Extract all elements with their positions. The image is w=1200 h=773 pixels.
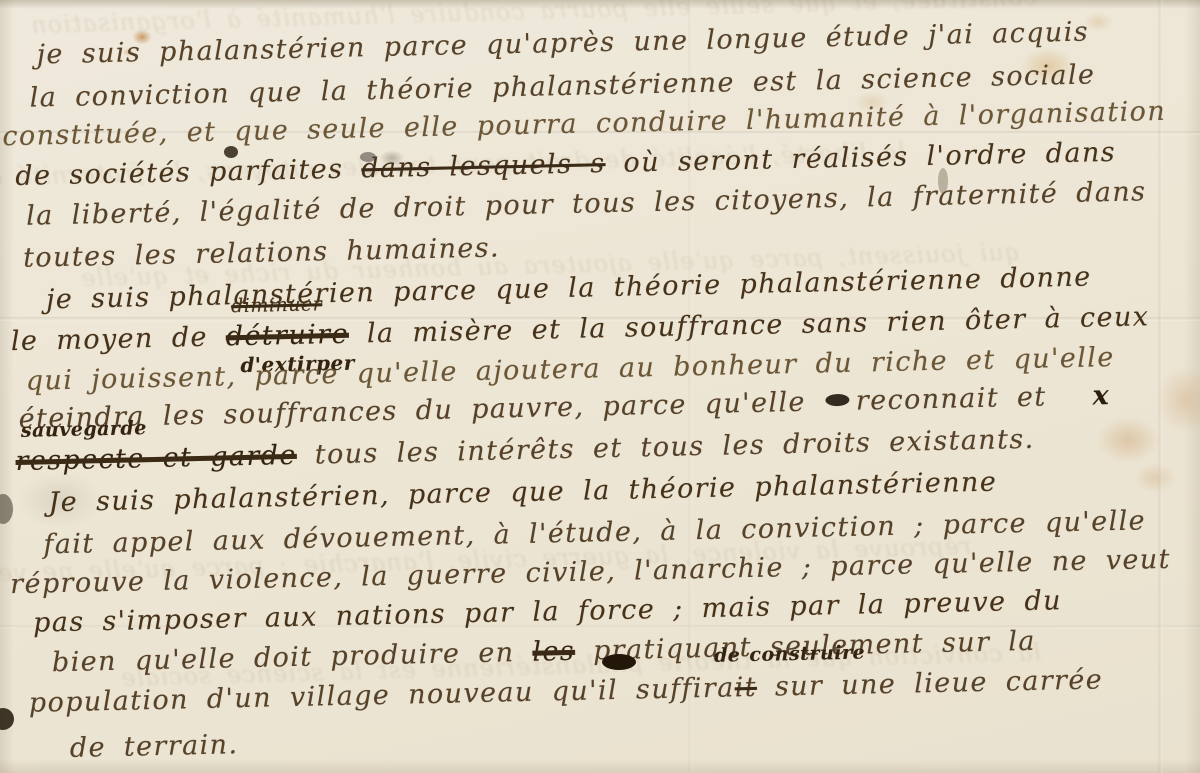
line-11-strikethrough: respecte et garde xyxy=(15,440,297,477)
line-8-strikethrough: détruire xyxy=(225,319,349,353)
line-17-text: population d'un village nouveau qu'il su… xyxy=(28,672,734,718)
line-10-text: reconnait et xyxy=(855,382,1046,417)
line-4-strikethrough: dans lesquels s xyxy=(361,148,606,184)
line-4-text: où seront réalisés l'ordre dans xyxy=(605,137,1116,179)
line-17-strikethrough: it xyxy=(734,672,757,703)
line-17-insertion-above: de construire xyxy=(714,643,866,666)
line-10-x-mark: x xyxy=(1092,380,1110,411)
ink-blot xyxy=(826,393,850,406)
line-8-text: le moyen de xyxy=(11,321,227,357)
line-11-text: tous les intérêts et tous les droits exi… xyxy=(296,424,1034,471)
line-11-insertion-above: sauvegarde xyxy=(21,418,147,441)
line-8-struck-insertion-above: diminuer xyxy=(231,294,323,316)
manuscript-page: constituée, et que seule elle pourra con… xyxy=(0,0,1200,773)
line-16-strikethrough: les xyxy=(532,636,575,668)
manuscript-line-6: toutes les relations humaines. xyxy=(23,231,501,274)
handwriting-layer: je suis phalanstérien parce qu'après une… xyxy=(0,0,1200,773)
manuscript-line-18: de terrain. xyxy=(69,728,238,765)
line-4-text: de sociétés parfaites xyxy=(15,153,362,192)
line-16-text: bien qu'elle doit produire en xyxy=(52,637,533,678)
line-17-text: sur une lieue carrée xyxy=(757,664,1104,703)
